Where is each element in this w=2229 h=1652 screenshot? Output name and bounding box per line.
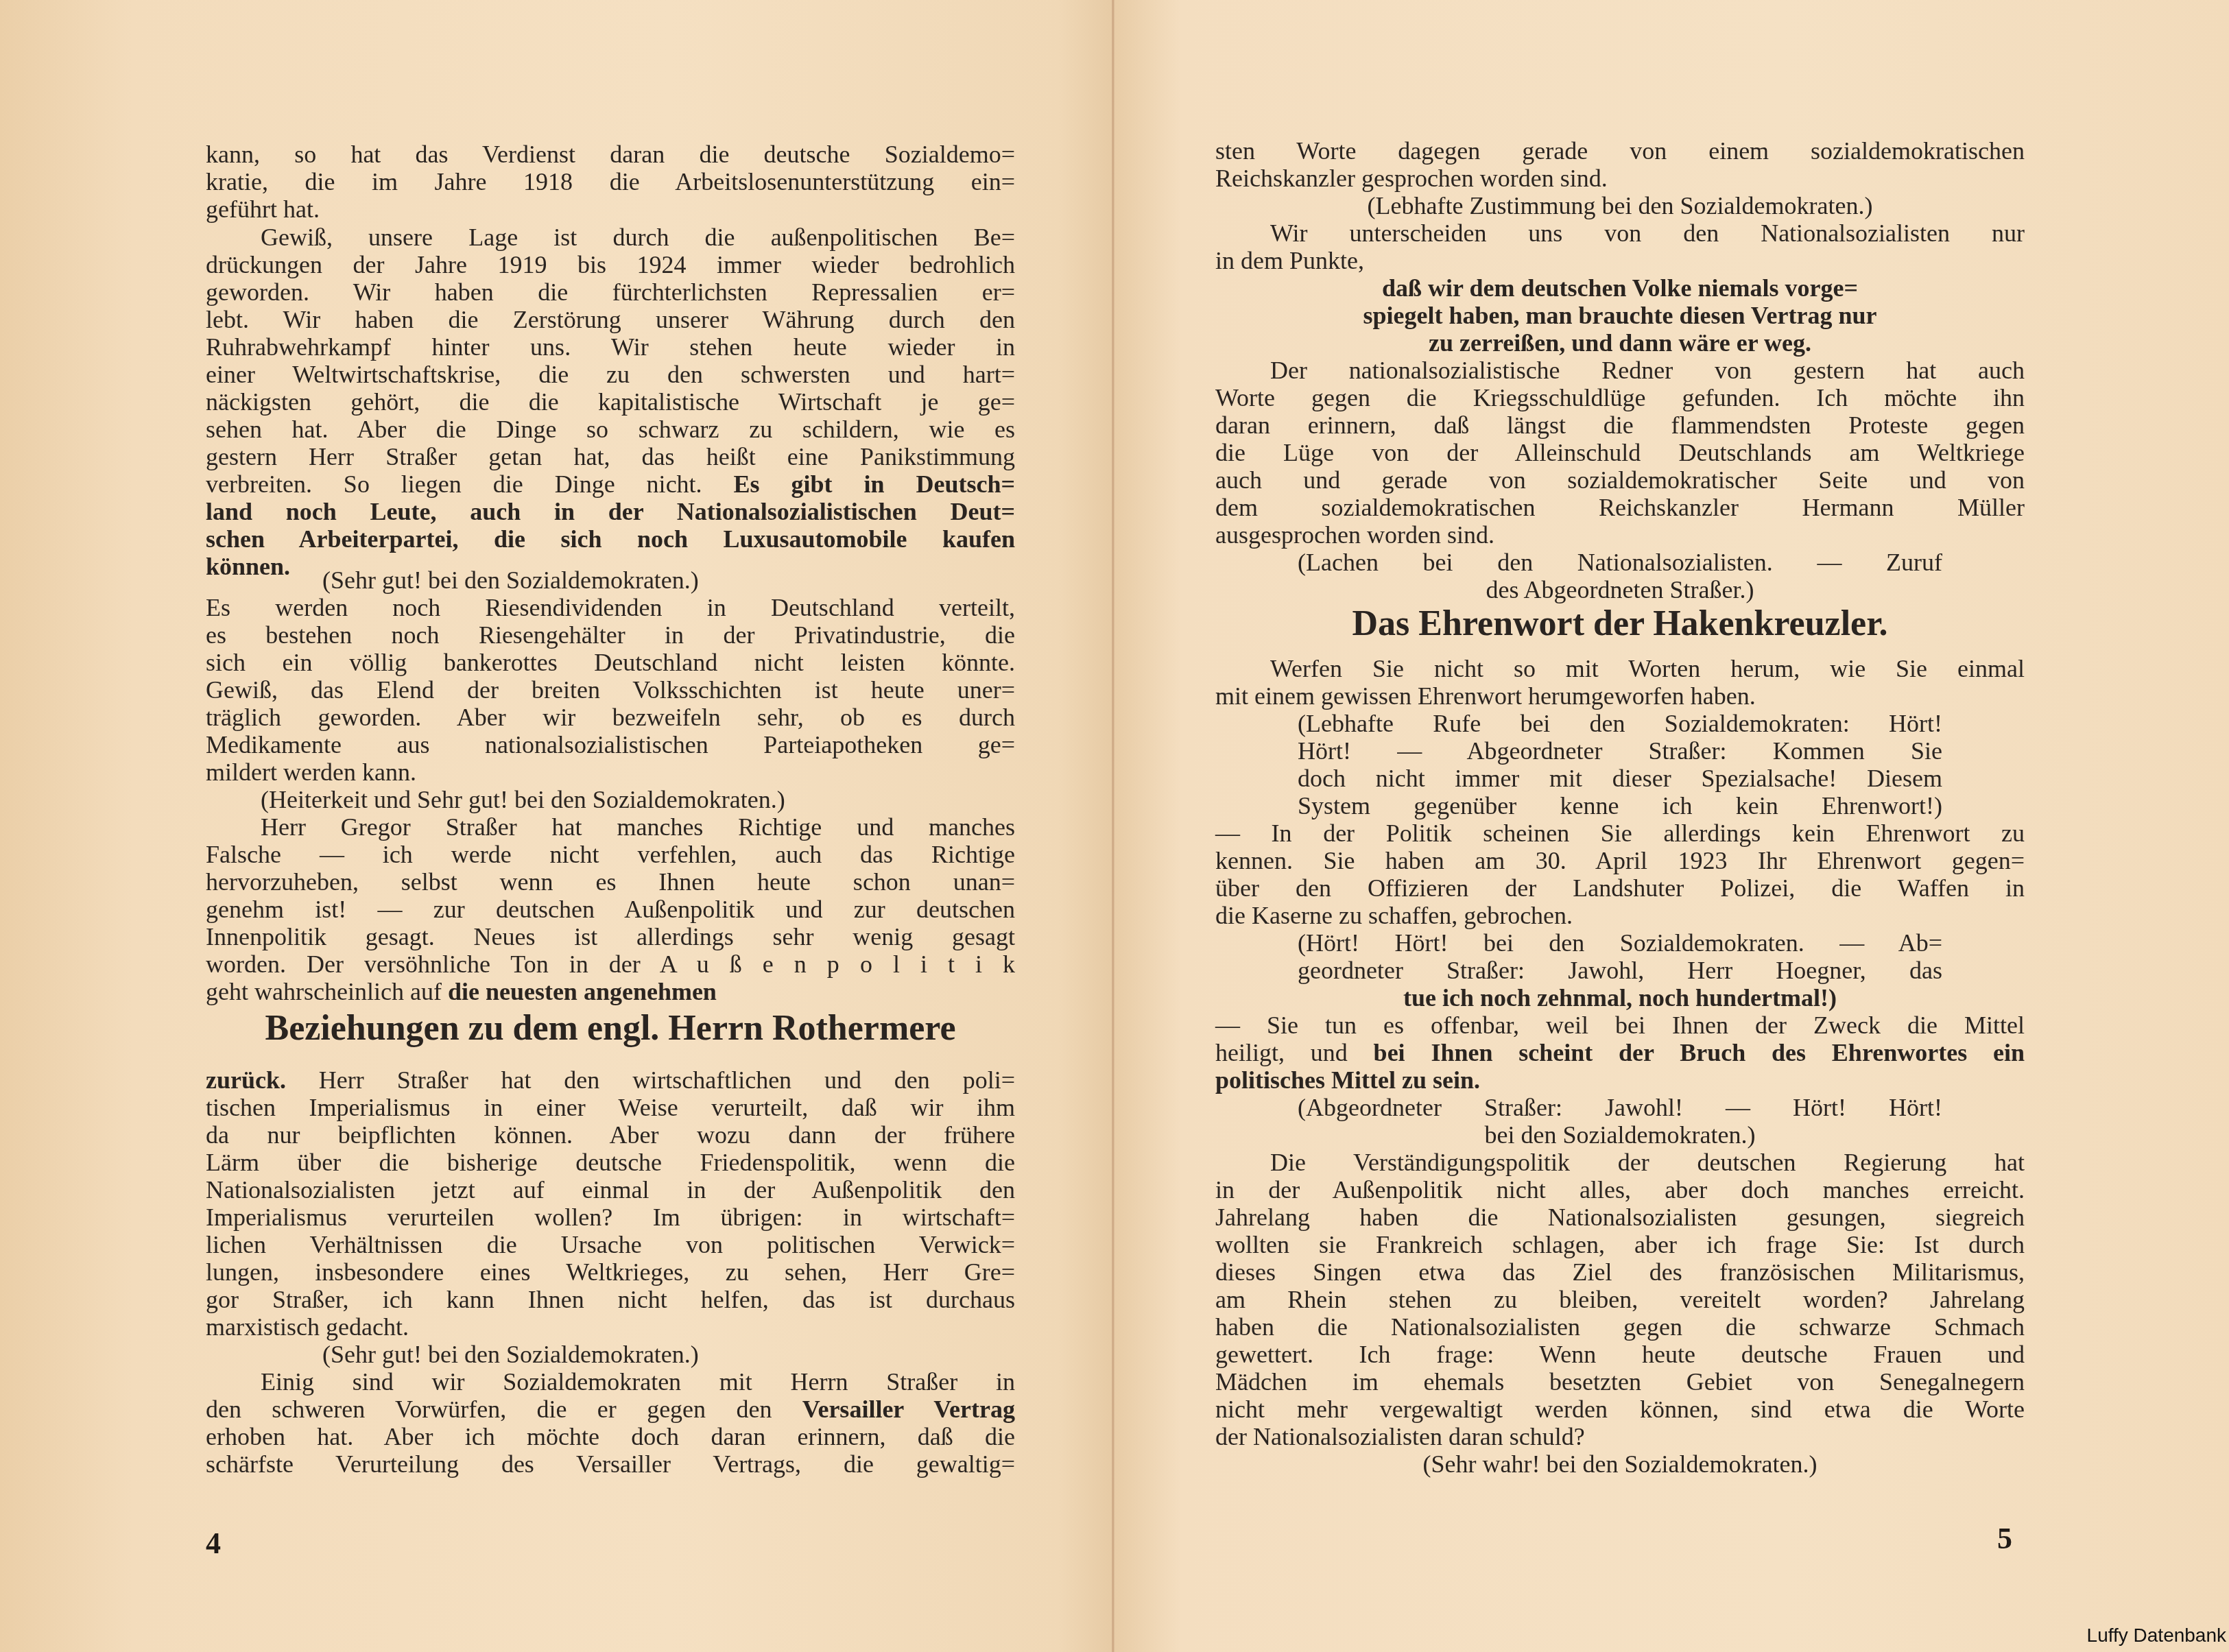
text-line: in dem Punkte,	[1215, 247, 2025, 274]
text-line: mildert werden kann.	[206, 758, 1015, 786]
text-line: genehm ist! — zur deutschen Außenpolitik…	[206, 896, 1015, 923]
text-line: sich ein völlig bankerottes Deutschland …	[206, 649, 1015, 676]
text-line: Werfen Sie nicht so mit Worten herum, wi…	[1215, 655, 2025, 682]
text-line: Einig sind wir Sozialdemokraten mit Herr…	[206, 1368, 1015, 1396]
text-line: über den Offizieren der Landshuter Poliz…	[1215, 874, 2025, 902]
text-line: haben die Nationalsozialisten gegen die …	[1215, 1313, 2025, 1341]
text-line: den schweren Vorwürfen, die er gegen den…	[206, 1396, 1015, 1423]
text-line: (Lebhafte Zustimmung bei den Sozialdemok…	[1215, 192, 2025, 219]
text-line: lungen, insbesondere eines Weltkrieges, …	[206, 1258, 1015, 1286]
text-line: tue ich noch zehnmal, noch hundertmal!)	[1215, 984, 2025, 1011]
text-line: Nationalsozialisten jetzt auf einmal in …	[206, 1176, 1015, 1204]
book-spread: kann, so hat das Verdienst daran die deu…	[0, 0, 2229, 1652]
text-line: Hört! — Abgeordneter Straßer: Kommen Sie	[1215, 737, 2025, 765]
text-line: System gegenüber kenne ich kein Ehrenwor…	[1215, 792, 2025, 819]
text-line: daß wir dem deutschen Volke niemals vorg…	[1215, 274, 2025, 302]
text-line: Wir unterscheiden uns von den Nationalso…	[1215, 219, 2025, 247]
text-line: geordneter Straßer: Jawohl, Herr Hoegner…	[1215, 957, 2025, 984]
text-line: (Hört! Hört! bei den Sozialdemokraten. —…	[1215, 929, 2025, 957]
text-line: am Rhein stehen zu bleiben, vereitelt wo…	[1215, 1286, 2025, 1313]
text-line: Herr Gregor Straßer hat manches Richtige…	[206, 813, 1015, 841]
text-line: Worte gegen die Kriegsschuldlüge gefunde…	[1215, 384, 2025, 411]
text-line: daran erinnern, daß längst die flammends…	[1215, 411, 2025, 439]
text-line: Jahrelang haben die Nationalsozialisten …	[1215, 1204, 2025, 1231]
section-heading: Beziehungen zu dem engl. Herrn Rothermer…	[206, 1008, 1015, 1049]
text-line: schen Arbeiterpartei, die sich noch Luxu…	[206, 525, 1015, 553]
text-line: es bestehen noch Riesengehälter in der P…	[206, 621, 1015, 649]
text-line: Falsche — ich werde nicht verfehlen, auc…	[206, 841, 1015, 868]
section-heading: Das Ehrenwort der Hakenkreuzler.	[1215, 603, 2025, 645]
text-line: die Kaserne zu schaffen, gebrochen.	[1215, 902, 2025, 929]
text-line: zu zerreißen, und dann wäre er weg.	[1215, 329, 2025, 357]
text-line: erhoben hat. Aber ich möchte doch daran …	[206, 1423, 1015, 1450]
text-line: ausgesprochen worden sind.	[1215, 521, 2025, 549]
text-line: sten Worte dagegen gerade von einem sozi…	[1215, 137, 2025, 165]
text-line: gestern Herr Straßer getan hat, das heiß…	[206, 443, 1015, 470]
text-line: — Sie tun es offenbar, weil bei Ihnen de…	[1215, 1011, 2025, 1039]
text-line: drückungen der Jahre 1919 bis 1924 immer…	[206, 251, 1015, 278]
left-page-number: 4	[206, 1526, 221, 1561]
text-line: schärfste Verurteilung des Versailler Ve…	[206, 1450, 1015, 1478]
text-line: — In der Politik scheinen Sie allerdings…	[1215, 819, 2025, 847]
text-line: Imperialismus verurteilen wollen? Im übr…	[206, 1204, 1015, 1231]
text-line: geworden. Wir haben die fürchterlichsten…	[206, 278, 1015, 306]
text-line: spiegelt haben, man brauchte diesen Vert…	[1215, 302, 2025, 329]
text-line: bei den Sozialdemokraten.)	[1215, 1121, 2025, 1149]
text-line: (Abgeordneter Straßer: Jawohl! — Hört! H…	[1215, 1094, 2025, 1121]
text-line: dieses Singen etwa das Ziel des französi…	[1215, 1258, 2025, 1286]
text-line: hervorzuheben, selbst wenn es Ihnen heut…	[206, 868, 1015, 896]
text-line: Gewiß, unsere Lage ist durch die außenpo…	[206, 224, 1015, 251]
text-line: Medikamente aus nationalsozialistischen …	[206, 731, 1015, 758]
text-line: (Sehr gut! bei den Sozialdemokraten.)	[206, 566, 1015, 594]
right-page-number: 5	[1997, 1521, 2012, 1556]
text-line: auch und gerade von sozialdemokratischer…	[1215, 466, 2025, 494]
text-line: lichen Verhältnissen die Ursache von pol…	[206, 1231, 1015, 1258]
text-line: (Heiterkeit und Sehr gut! bei den Sozial…	[206, 786, 1015, 813]
text-line: träglich geworden. Aber wir bezweifeln s…	[206, 704, 1015, 731]
left-page: kann, so hat das Verdienst daran die deu…	[0, 0, 1114, 1652]
text-line: Innenpolitik gesagt. Neues ist allerding…	[206, 923, 1015, 950]
text-line: gor Straßer, ich kann Ihnen nicht helfen…	[206, 1286, 1015, 1313]
text-line: kennen. Sie haben am 30. April 1923 Ihr …	[1215, 847, 2025, 874]
text-line: Mädchen im ehemals besetzten Gebiet von …	[1215, 1368, 2025, 1396]
text-line: Ruhrabwehrkampf hinter uns. Wir stehen h…	[206, 333, 1015, 361]
text-line: die Lüge von der Alleinschuld Deutschlan…	[1215, 439, 2025, 466]
text-line: politisches Mittel zu sein.	[1215, 1066, 2025, 1094]
text-line: lebt. Wir haben die Zerstörung unserer W…	[206, 306, 1015, 333]
text-line: heiligt, und bei Ihnen scheint der Bruch…	[1215, 1039, 2025, 1066]
text-line: gewettert. Ich frage: Wenn heute deutsch…	[1215, 1341, 2025, 1368]
watermark-label: Luffy Datenbank	[2087, 1625, 2226, 1647]
text-line: tischen Imperialismus in einer Weise ver…	[206, 1094, 1015, 1121]
text-line: der Nationalsozialisten daran schuld?	[1215, 1423, 2025, 1450]
text-line: (Sehr gut! bei den Sozialdemokraten.)	[206, 1341, 1015, 1368]
text-line: land noch Leute, auch in der Nationalsoz…	[206, 498, 1015, 525]
text-line: dem sozialdemokratischen Reichskanzler H…	[1215, 494, 2025, 521]
text-line: zurück. Herr Straßer hat den wirtschaftl…	[206, 1066, 1015, 1094]
text-line: kratie, die im Jahre 1918 die Arbeitslos…	[206, 168, 1015, 195]
text-line: Reichskanzler gesprochen worden sind.	[1215, 165, 2025, 192]
text-line: verbreiten. So liegen die Dinge nicht. E…	[206, 470, 1015, 498]
text-line: Der nationalsozialistische Redner von ge…	[1215, 357, 2025, 384]
text-line: kann, so hat das Verdienst daran die deu…	[206, 141, 1015, 168]
text-line: Lärm über die bisherige deutsche Frieden…	[206, 1149, 1015, 1176]
text-line: Gewiß, das Elend der breiten Volksschich…	[206, 676, 1015, 704]
text-line: (Lachen bei den Nationalsozialisten. — Z…	[1215, 549, 2025, 576]
text-line: einer Weltwirtschaftskrise, die zu den s…	[206, 361, 1015, 388]
right-page: sten Worte dagegen gerade von einem sozi…	[1114, 0, 2229, 1652]
text-line: geht wahrscheinlich auf die neuesten ang…	[206, 978, 1015, 1005]
text-line: des Abgeordneten Straßer.)	[1215, 576, 2025, 603]
text-line: näckigsten gehört, die die kapitalistisc…	[206, 388, 1015, 416]
text-line: in der Außenpolitik nicht alles, aber do…	[1215, 1176, 2025, 1204]
text-line: (Sehr wahr! bei den Sozialdemokraten.)	[1215, 1450, 2025, 1478]
text-line: wollten sie Frankreich schlagen, aber ic…	[1215, 1231, 2025, 1258]
text-line: marxistisch gedacht.	[206, 1313, 1015, 1341]
text-line: doch nicht immer mit dieser Spezialsache…	[1215, 765, 2025, 792]
text-line: Die Verständigungspolitik der deutschen …	[1215, 1149, 2025, 1176]
text-line: (Lebhafte Rufe bei den Sozialdemokraten:…	[1215, 710, 2025, 737]
text-line: worden. Der versöhnliche Ton in der A u …	[206, 950, 1015, 978]
text-line: Es werden noch Riesendividenden in Deuts…	[206, 594, 1015, 621]
text-line: mit einem gewissen Ehrenwort herumgeworf…	[1215, 682, 2025, 710]
text-line: nicht mehr vergewaltigt werden können, s…	[1215, 1396, 2025, 1423]
text-line: geführt hat.	[206, 195, 1015, 223]
text-line: sehen hat. Aber die Dinge so schwarz zu …	[206, 416, 1015, 443]
text-line: da nur beipflichten können. Aber wozu da…	[206, 1121, 1015, 1149]
